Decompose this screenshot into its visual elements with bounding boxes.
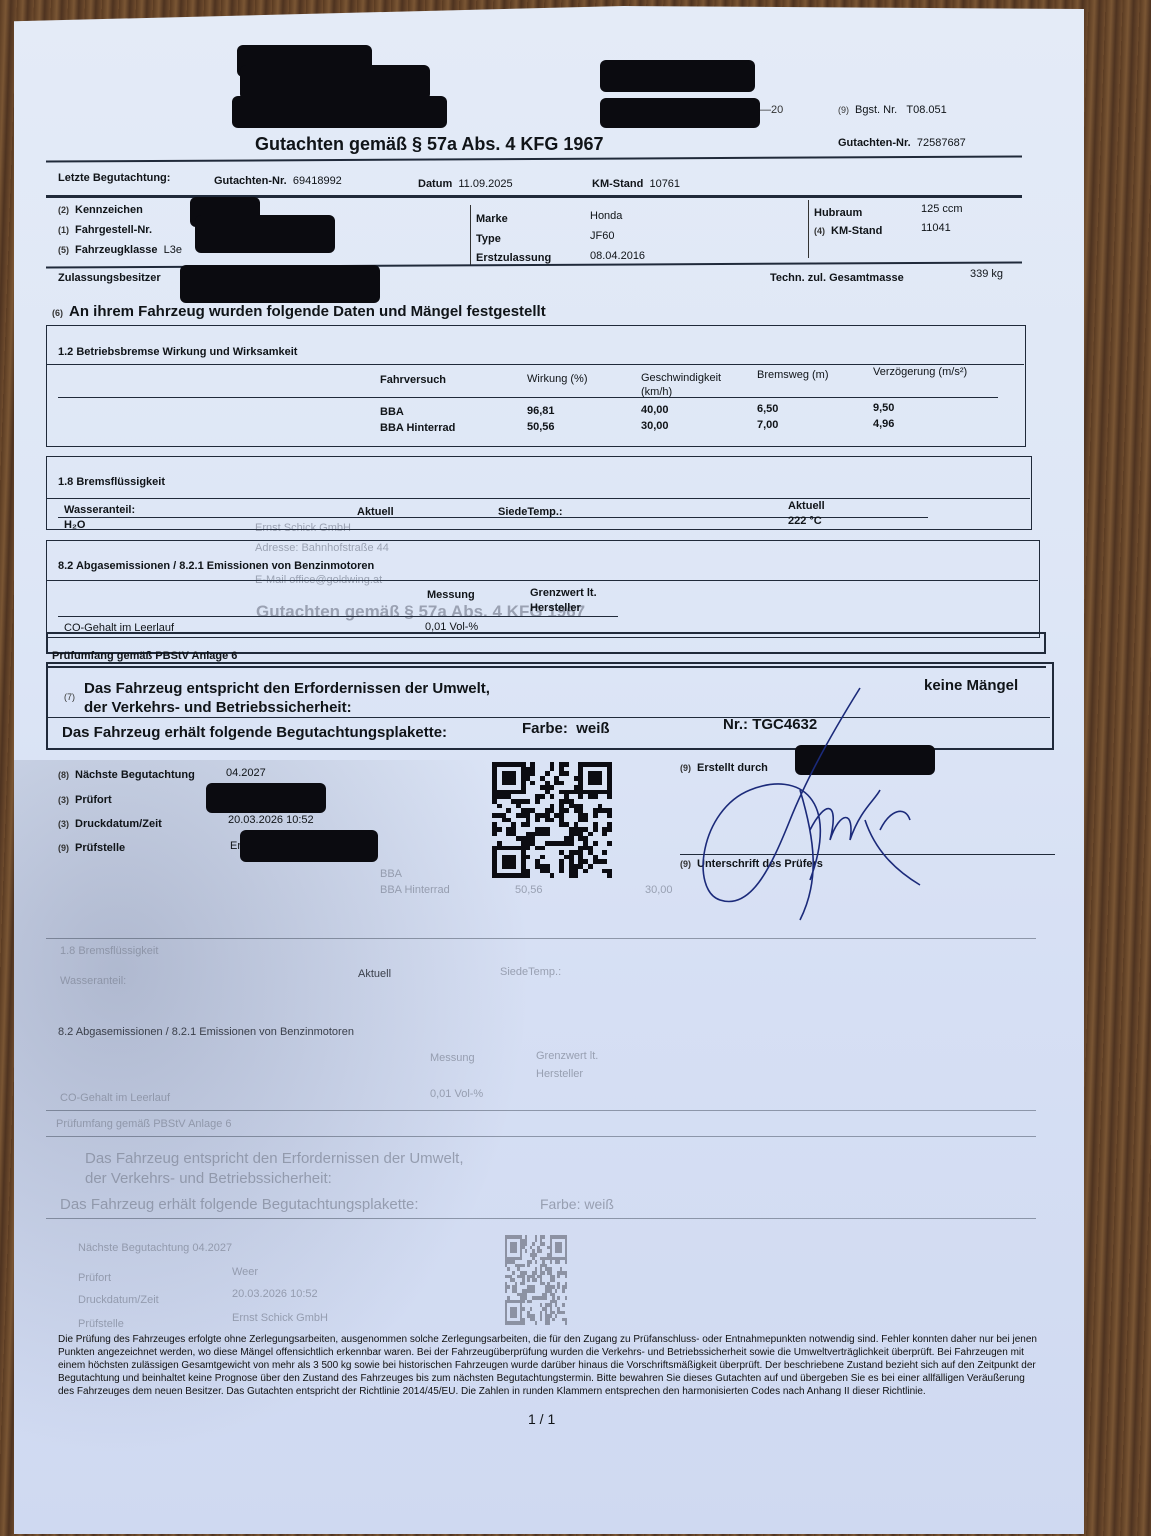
gesamtmasse-value: 339 kg xyxy=(970,268,1003,280)
plakette-label: Das Fahrzeug erhält folgende Begutachtun… xyxy=(62,724,447,741)
showthrough-bba-h-speed: 30,00 xyxy=(645,884,673,896)
brakes-title: 1.2 Betriebsbremse Wirkung und Wirksamke… xyxy=(58,346,297,358)
brake-fluid-title: 1.8 Bremsflüssigkeit xyxy=(58,476,165,488)
brakes-col-4: Verzögerung (m/s²) xyxy=(873,366,967,378)
last-inspection-km: KM-Stand 10761 xyxy=(592,178,680,190)
fahrzeugklasse-value: L3e xyxy=(164,244,182,256)
showthrough-bba-h-val: 50,56 xyxy=(515,884,543,896)
brakes-col-1: Wirkung (%) xyxy=(527,373,588,385)
last-inspection-date: Datum 11.09.2025 xyxy=(418,178,513,190)
pruefstelle-label: (9)Prüfstelle xyxy=(58,842,125,854)
besitzer-label: Zulassungsbesitzer xyxy=(58,272,161,284)
gutachten-number: Gutachten-Nr. 72587687 xyxy=(838,137,966,149)
showthrough-water: Wasseranteil: xyxy=(60,975,126,987)
showthrough-bba-h: BBA Hinterrad xyxy=(380,884,450,896)
showthrough-messung: Messung xyxy=(430,1052,475,1064)
showthrough-line1: Das Fahrzeug entspricht den Erforderniss… xyxy=(85,1150,464,1167)
showthrough-siede: SiedeTemp.: xyxy=(500,966,561,978)
brake-fluid-section xyxy=(46,456,1032,530)
plakette-farbe: Farbe: weiß xyxy=(522,720,610,737)
redaction-block xyxy=(600,60,755,92)
redaction-block xyxy=(240,830,378,862)
gesamtmasse-label: Techn. zul. Gesamtmasse xyxy=(770,272,904,284)
last-inspection-nr: Gutachten-Nr. 69418992 xyxy=(214,175,342,187)
aktuell-label-2: Aktuell xyxy=(788,500,825,512)
marke-label: Marke xyxy=(476,213,508,225)
brakes-cell: BBA Hinterrad xyxy=(380,422,455,434)
findings-title: (6)An ihrem Fahrzeug wurden folgende Dat… xyxy=(52,303,546,320)
brakes-cell: 96,81 xyxy=(527,405,555,417)
showthrough-qr-code xyxy=(505,1235,567,1325)
signature-scribble xyxy=(690,680,950,930)
brakes-col-2: Geschwindigkeit (km/h) xyxy=(641,371,751,399)
water-label: Wasseranteil: xyxy=(64,504,135,516)
redaction-block xyxy=(180,265,380,303)
showthrough-bba: BBA xyxy=(380,868,402,880)
fahrzeugklasse-label: (5)Fahrzeugklasse L3e xyxy=(58,244,182,256)
showthrough-pruefstelle: Prüfstelle xyxy=(78,1318,124,1330)
naechste-label: (8)Nächste Begutachtung xyxy=(58,769,195,781)
showthrough-grenzwert: Grenzwert lt. xyxy=(536,1050,598,1062)
fahrgestell-label: (1)Fahrgestell-Nr. xyxy=(58,224,152,236)
siede-temp-value: 222 °C xyxy=(788,515,822,527)
km-stand-label: (4)KM-Stand xyxy=(814,225,882,237)
messung-header: Messung xyxy=(427,589,475,601)
pruefort-label: (3)Prüfort xyxy=(58,794,112,806)
redaction-block xyxy=(600,98,760,128)
hubraum-label: Hubraum xyxy=(814,207,862,219)
brakes-cell: 4,96 xyxy=(873,418,894,430)
naechste-value: 04.2027 xyxy=(226,767,266,779)
redaction-block xyxy=(206,783,326,813)
showthrough-druck-value: 20.03.2026 10:52 xyxy=(232,1288,318,1300)
druckdatum-value: 20.03.2026 10:52 xyxy=(228,814,314,826)
page-title: Gutachten gemäß § 57a Abs. 4 KFG 1967 xyxy=(255,134,603,155)
showthrough-pruefumfang: Prüfumfang gemäß PBStV Anlage 6 xyxy=(56,1118,232,1130)
showthrough-naechste: Nächste Begutachtung 04.2027 xyxy=(78,1242,232,1254)
showthrough-pruefstelle-value: Ernst Schick GmbH xyxy=(232,1312,328,1324)
qr-code xyxy=(492,762,612,878)
showthrough-emissions: 8.2 Abgasemissionen / 8.2.1 Emissionen v… xyxy=(58,1026,354,1038)
km-stand-value: 11041 xyxy=(921,222,951,234)
last-inspection-label: Letzte Begutachtung: xyxy=(58,172,170,184)
disclaimer-text: Die Prüfung des Fahrzeuges erfolgte ohne… xyxy=(58,1333,1038,1398)
showthrough-aktuell: Aktuell xyxy=(358,968,391,980)
erstzulassung-label: Erstzulassung xyxy=(476,252,551,264)
result-line-1: Das Fahrzeug entspricht den Erforderniss… xyxy=(84,680,490,697)
h2o-label: H₂O xyxy=(64,519,85,531)
redacted-suffix: —20 xyxy=(760,104,783,116)
druckdatum-label: (3)Druckdatum/Zeit xyxy=(58,818,162,830)
bgst-value: T08.051 xyxy=(906,104,946,116)
showthrough-druck: Druckdatum/Zeit xyxy=(78,1294,159,1306)
result-code: (7) xyxy=(64,692,75,702)
page-number: 1 / 1 xyxy=(528,1411,555,1427)
type-value: JF60 xyxy=(590,230,614,242)
brakes-cell: 30,00 xyxy=(641,420,669,432)
showthrough-line2: der Verkehrs- und Betriebssicherheit: xyxy=(85,1170,332,1187)
showthrough-fluid-title: 1.8 Bremsflüssigkeit xyxy=(60,945,158,957)
redaction-block xyxy=(240,65,430,100)
redaction-block xyxy=(195,215,335,253)
marke-value: Honda xyxy=(590,210,622,222)
type-label: Type xyxy=(476,233,501,245)
brakes-cell: 9,50 xyxy=(873,402,894,414)
brakes-cell: BBA xyxy=(380,406,404,418)
brakes-col-3: Bremsweg (m) xyxy=(757,369,829,381)
grenzwert-header: Grenzwert lt. Hersteller xyxy=(530,586,620,616)
brakes-cell: 6,50 xyxy=(757,403,778,415)
hubraum-value: 125 ccm xyxy=(921,203,963,215)
showthrough-pruefort-value: Weer xyxy=(232,1266,258,1278)
showthrough-hersteller: Hersteller xyxy=(536,1068,583,1080)
showthrough-plakette: Das Fahrzeug erhält folgende Begutachtun… xyxy=(60,1196,419,1213)
erstzulassung-value: 08.04.2016 xyxy=(590,250,645,262)
brakes-cell: 7,00 xyxy=(757,419,778,431)
showthrough-co: CO-Gehalt im Leerlauf xyxy=(60,1092,170,1104)
kennzeichen-label: (2)Kennzeichen xyxy=(58,204,143,216)
showthrough-co-value: 0,01 Vol-% xyxy=(430,1088,483,1100)
result-line-2: der Verkehrs- und Betriebssicherheit: xyxy=(84,699,352,716)
brakes-col-0: Fahrversuch xyxy=(380,374,446,386)
showthrough-farbe: Farbe: weiß xyxy=(540,1196,614,1212)
brakes-cell: 40,00 xyxy=(641,404,669,416)
showthrough-pruefort: Prüfort xyxy=(78,1272,111,1284)
brakes-cell: 50,56 xyxy=(527,421,555,433)
emissions-title: 8.2 Abgasemissionen / 8.2.1 Emissionen v… xyxy=(58,560,374,572)
bgst-field: (9)Bgst. Nr. T08.051 xyxy=(838,104,947,116)
redaction-block xyxy=(232,96,447,128)
pruefumfang-label: Prüfumfang gemäß PBStV Anlage 6 xyxy=(52,650,237,662)
